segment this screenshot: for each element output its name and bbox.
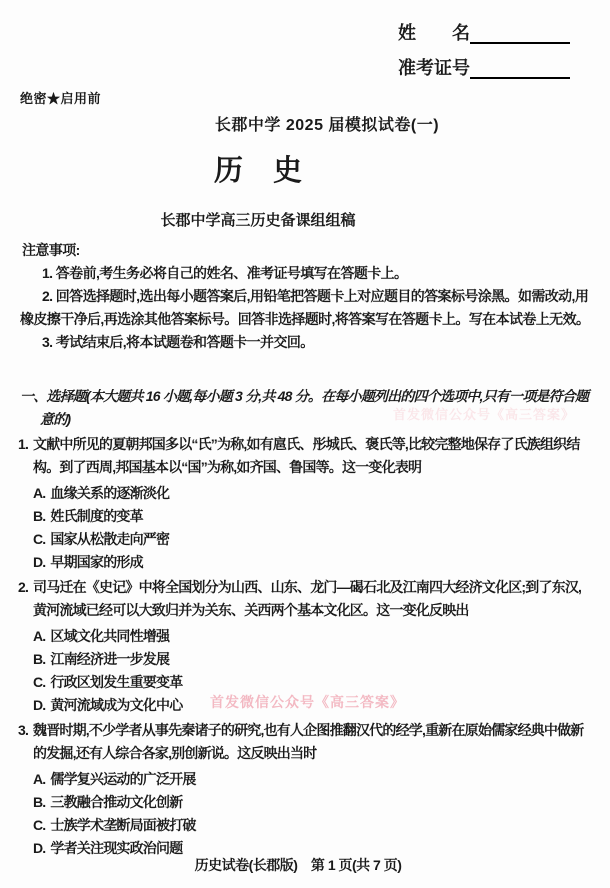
- option-text: 姓氏制度的变革: [50, 508, 142, 524]
- question-1-stem-text: 文献中所见的夏朝邦国多以“氏”为称,如有扈氏、彤城氏、褒氏等,比较完整地保存了氏…: [33, 436, 580, 475]
- option-label: C.: [33, 817, 45, 833]
- admission-number-label: 准考证号: [398, 57, 470, 79]
- secret-classification-label: 绝密★启用前: [20, 88, 101, 107]
- question-3-number: 3.: [18, 719, 28, 742]
- option-row: A.儒学复兴运动的广泛开展: [33, 768, 594, 791]
- option-label: C.: [33, 674, 45, 690]
- option-label: B.: [33, 794, 45, 810]
- question-3: 3.魏晋时期,不少学者从事先秦诸子的研究,也有人企图推翻汉代的经学,重新在原始儒…: [20, 719, 594, 860]
- option-row: B.姓氏制度的变革: [33, 505, 594, 528]
- option-row: B.三教融合推动文化创新: [33, 791, 594, 814]
- admission-underline: [470, 57, 570, 79]
- option-text: 国家从松散走向严密: [50, 531, 169, 547]
- option-label: C.: [33, 531, 45, 547]
- notice-section: 注意事项: 1. 答卷前,考生务必将自己的姓名、准考证号填写在答题卡上。 2. …: [20, 239, 592, 354]
- question-2-number: 2.: [18, 576, 28, 599]
- name-field-row: 姓 名: [398, 22, 570, 44]
- question-1-options: A.血缘关系的逐渐淡化 B.姓氏制度的变革 C.国家从松散走向严密 D.早期国家…: [20, 482, 594, 574]
- option-label: D.: [33, 840, 45, 856]
- option-row: C.行政区划发生重要变革: [33, 671, 594, 694]
- exam-title: 长郡中学 2025 届模拟试卷(一): [22, 112, 610, 135]
- paper-subtitle: 长郡中学高三历史备课组组稿: [0, 209, 563, 230]
- option-text: 黄河流域成为文化中心: [50, 697, 182, 713]
- option-label: D.: [33, 697, 45, 713]
- option-text: 区域文化共同性增强: [50, 628, 169, 644]
- question-1-stem: 1.文献中所见的夏朝邦国多以“氏”为称,如有扈氏、彤城氏、褒氏等,比较完整地保存…: [20, 433, 594, 479]
- option-text: 行政区划发生重要变革: [50, 674, 182, 690]
- question-2-stem: 2.司马迁在《史记》中将全国划分为山西、山东、龙门—碣石北及江南四大经济文化区;…: [20, 576, 594, 622]
- option-label: A.: [33, 771, 45, 787]
- question-2-stem-text: 司马迁在《史记》中将全国划分为山西、山东、龙门—碣石北及江南四大经济文化区;到了…: [33, 579, 581, 618]
- option-row: A.区域文化共同性增强: [33, 625, 594, 648]
- name-label: 姓 名: [398, 22, 470, 44]
- admission-field-row: 准考证号: [398, 57, 570, 79]
- option-label: A.: [33, 628, 45, 644]
- notice-item-1: 1. 答卷前,考生务必将自己的姓名、准考证号填写在答题卡上。: [20, 262, 592, 285]
- notice-item-2: 2. 回答选择题时,选出每小题答案后,用铅笔把答题卡上对应题目的答案标号涂黑。如…: [20, 285, 592, 331]
- wechat-watermark-faint: 首发微信公众号《高三答案》: [393, 404, 575, 423]
- option-row: D.早期国家的形成: [33, 551, 594, 574]
- subject-title-char-2: 史: [273, 148, 302, 189]
- question-1-number: 1.: [18, 433, 28, 456]
- wechat-watermark: 首发微信公众号《高三答案》: [210, 692, 405, 712]
- exam-paper-page: 姓 名 准考证号 绝密★启用前 长郡中学 2025 届模拟试卷(一) 历 史 长…: [0, 0, 610, 888]
- option-text: 儒学复兴运动的广泛开展: [50, 771, 195, 787]
- question-3-options: A.儒学复兴运动的广泛开展 B.三教融合推动文化创新 C.士族学术垄断局面被打破…: [20, 768, 594, 860]
- option-row: B.江南经济进一步发展: [33, 648, 594, 671]
- subject-title-char-1: 历: [214, 148, 243, 189]
- option-text: 学者关注现实政治问题: [50, 840, 182, 856]
- option-text: 早期国家的形成: [50, 554, 142, 570]
- option-text: 江南经济进一步发展: [50, 651, 169, 667]
- student-info-block: 姓 名 准考证号: [398, 22, 570, 92]
- notice-item-3: 3. 考试结束后,将本试题卷和答题卡一并交回。: [20, 331, 592, 354]
- option-row: C.士族学术垄断局面被打破: [33, 814, 594, 837]
- question-3-stem-text: 魏晋时期,不少学者从事先秦诸子的研究,也有人企图推翻汉代的经学,重新在原始儒家经…: [33, 722, 583, 761]
- option-label: D.: [33, 554, 45, 570]
- option-row: C.国家从松散走向严密: [33, 528, 594, 551]
- page-footer: 历史试卷(长郡版) 第 1 页(共 7 页): [0, 855, 603, 875]
- option-label: B.: [33, 651, 45, 667]
- question-1: 1.文献中所见的夏朝邦国多以“氏”为称,如有扈氏、彤城氏、褒氏等,比较完整地保存…: [20, 433, 594, 574]
- option-text: 三教融合推动文化创新: [50, 794, 182, 810]
- question-3-stem: 3.魏晋时期,不少学者从事先秦诸子的研究,也有人企图推翻汉代的经学,重新在原始儒…: [20, 719, 594, 765]
- option-label: B.: [33, 508, 45, 524]
- name-underline: [470, 22, 570, 44]
- subject-title: 历 史: [0, 148, 563, 189]
- option-label: A.: [33, 485, 45, 501]
- option-row: A.血缘关系的逐渐淡化: [33, 482, 594, 505]
- option-text: 士族学术垄断局面被打破: [50, 817, 195, 833]
- questions-section: 一、选择题(本大题共 16 小题,每小题 3 分,共 48 分。在每小题列出的四…: [20, 385, 594, 860]
- notice-heading: 注意事项:: [22, 239, 592, 262]
- option-text: 血缘关系的逐渐淡化: [50, 485, 169, 501]
